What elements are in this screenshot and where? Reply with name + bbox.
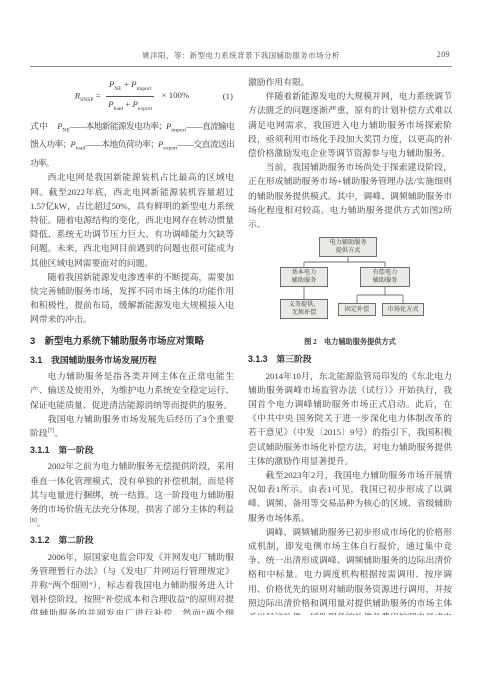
running-head: 姚洋阳，等：新型电力系统背景下我国辅助服务市场分析 209 xyxy=(30,50,452,63)
para-continuation: 激励作用有限。 xyxy=(248,75,452,89)
figure-2-diagram: 电力辅助服务 提供方式 基本电力 辅助服务 有偿电力 辅助服务 义务提供， 无须… xyxy=(274,237,426,331)
fig-box-fixed-compensation: 固定补偿 xyxy=(338,303,376,316)
fraction-numerator: PNE + Pimport xyxy=(106,78,155,97)
para-ancillary-definition: 电力辅助服务是指各类并网主体在正常电能生产、输送及使用外，为维护电力系统安全稳定… xyxy=(30,369,234,412)
equation-number: (1) xyxy=(223,89,233,103)
fraction: PNE + Pimport Pload + Pexport xyxy=(106,78,155,115)
fig-box-obligation: 义务提供， 无须补偿 xyxy=(280,299,328,319)
para-stage-3: 2014年10月，东北能源监管局印发的《东北电力辅助服务调峰市场监管办法（试行）… xyxy=(248,369,452,468)
page-number: 209 xyxy=(437,50,450,59)
equation-1: RSNSP = PNE + Pimport Pload + Pexport × … xyxy=(30,78,234,115)
heading-3-1-1: 3.1.1 第一阶段 xyxy=(30,443,234,457)
heading-3-1: 3.1 我国辅助服务市场发展历程 xyxy=(30,353,234,367)
heading-section-3: 3 新型电力系统下辅助服务市场应对策略 xyxy=(30,334,234,348)
running-title: 姚洋阳，等：新型电力系统背景下我国辅助服务市场分析 xyxy=(30,50,452,61)
citation-ref-8: [8] xyxy=(30,518,37,524)
two-column-body: RSNSP = PNE + Pimport Pload + Pexport × … xyxy=(30,75,452,615)
paper-page: 姚洋阳，等：新型电力系统背景下我国辅助服务市场分析 209 RSNSP = PN… xyxy=(0,0,480,673)
para-where-clause: 式中 PNE——本地新能源发电功率；Pimport——直流输电馈入功率；Ploa… xyxy=(30,119,234,171)
fig-box-root: 电力辅助服务 提供方式 xyxy=(319,237,377,257)
fraction-denominator: Pload + Pexport xyxy=(106,97,155,115)
figure-2-caption: 图 2 电力辅助服务提供方式 xyxy=(248,335,452,349)
para-market-exploration: 伴随着新能源发电的大规模并网，电力系统调节方法匮乏的问题逐渐严重，原有的计划补偿… xyxy=(248,89,452,160)
fig-box-market-method: 市场化方式 xyxy=(382,303,424,316)
para-stage-1: 2002年之前为电力辅助服务无偿提供阶段，采用垂直一体化管理模式，没有单独的补偿… xyxy=(30,459,234,530)
equation-expression: RSNSP = PNE + Pimport Pload + Pexport × … xyxy=(75,78,190,115)
fig-box-basic-service: 基本电力 辅助服务 xyxy=(280,267,328,287)
para-table-1-overview: 截至2023年2月，我国电力辅助服务市场开展情况如表1所示。由表1可见，我国已初… xyxy=(248,468,452,525)
para-current-status: 当前，我国辅助服务市场尚处于探索建设阶段，正在形成辅助服务市场+辅助服务管理办法… xyxy=(248,160,452,231)
left-column: RSNSP = PNE + Pimport Pload + Pexport × … xyxy=(30,75,234,615)
para-three-stages: 我国电力辅助服务市场发展先后经历了3个重要阶段[7]。 xyxy=(30,412,234,440)
heading-3-1-3: 3.1.3 第三阶段 xyxy=(248,352,452,366)
heading-3-1-2: 3.1.2 第二阶段 xyxy=(30,533,234,547)
para-price-mechanism: 调峰、调频辅助服务已初步形成市场化的价格形成机制，即发电侧市场主体自行报价，通过… xyxy=(248,525,452,615)
fig-box-paid-service: 有偿电力 辅助服务 xyxy=(360,267,410,287)
page-content: 姚洋阳，等：新型电力系统背景下我国辅助服务市场分析 209 RSNSP = PN… xyxy=(30,50,452,615)
para-stage-2: 2006年，原国家电监会印发《并网发电厂辅助服务管理暂行办法》（与《发电厂并网运… xyxy=(30,550,234,615)
figure-2: 电力辅助服务 提供方式 基本电力 辅助服务 有偿电力 辅助服务 义务提供， 无须… xyxy=(248,237,452,349)
para-penetration: 随着我国新能源发电渗透率的不断提高，需要加快完善辅助服务市场，发挥不同市场主体的… xyxy=(30,270,234,327)
right-column: 激励作用有限。 伴随着新能源发电的大规模并网，电力系统调节方法匮乏的问题逐渐严重… xyxy=(248,75,452,615)
header-rule xyxy=(30,66,452,67)
para-northwest-grid: 西北电网是我国新能源装机占比最高的区域电网。截至2022年底，西北电网新能源装机… xyxy=(30,170,234,269)
